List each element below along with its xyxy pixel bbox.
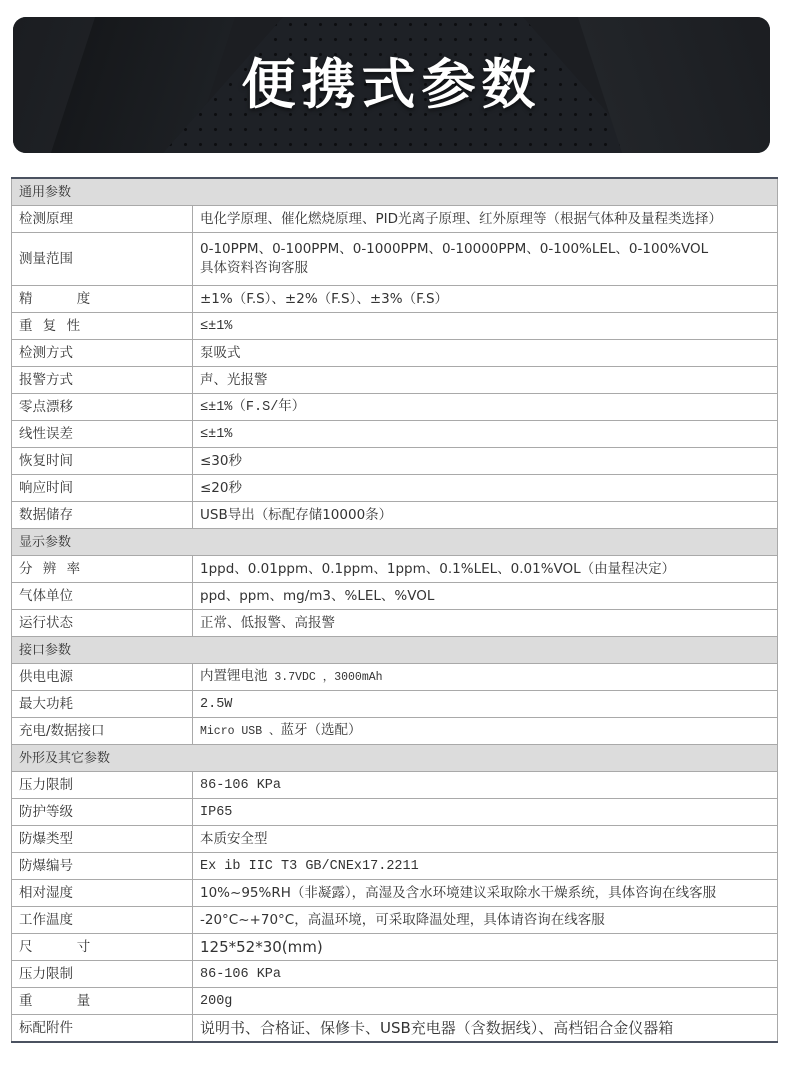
row-value-line: 0-10PPM、0-100PPM、0-1000PPM、0-10000PPM、0-…	[200, 240, 777, 259]
row-value: 10%~95%RH（非凝露），高湿及含水环境建议采取除水干燥系统，具体咨询在线客…	[193, 880, 778, 907]
row-label: 测量范围	[12, 233, 193, 286]
section-title: 外形及其它参数	[12, 745, 778, 772]
table-row: 工作温度 -20°C~+70°C，高温环境，可采取降温处理，具体请咨询在线客服	[12, 907, 778, 934]
table-row: 精 度 ±1%（F.S）、±2%（F.S）、±3%（F.S）	[12, 286, 778, 313]
row-value: ±1%（F.S）、±2%（F.S）、±3%（F.S）	[193, 286, 778, 313]
header-banner: 便携式参数	[13, 17, 770, 153]
table-row: 防护等级 IP65	[12, 799, 778, 826]
table-row: 尺 寸 125*52*30(mm)	[12, 934, 778, 961]
row-label: 重 复 性	[12, 313, 193, 340]
row-value: 泵吸式	[193, 340, 778, 367]
section-header: 通用参数	[12, 178, 778, 206]
table-row: 压力限制 86-106 KPa	[12, 772, 778, 799]
row-value: 正常、低报警、高报警	[193, 610, 778, 637]
row-label: 精 度	[12, 286, 193, 313]
table-row: 恢复时间 ≤30秒	[12, 448, 778, 475]
row-value: ≤±1%（F.S/年）	[193, 394, 778, 421]
section-header: 接口参数	[12, 637, 778, 664]
section-title: 接口参数	[12, 637, 778, 664]
row-label: 运行状态	[12, 610, 193, 637]
row-value: 本质安全型	[193, 826, 778, 853]
row-value: Micro USB 、蓝牙（选配）	[193, 718, 778, 745]
row-value-line: 具体资料咨询客服	[200, 259, 777, 278]
table-row: 重 复 性 ≤±1%	[12, 313, 778, 340]
section-title: 显示参数	[12, 529, 778, 556]
row-value: IP65	[193, 799, 778, 826]
row-value: 内置锂电池 3.7VDC ，3000mAh	[193, 664, 778, 691]
row-label: 标配附件	[12, 1015, 193, 1043]
table-row: 分 辨 率 1ppd、0.01ppm、0.1ppm、1ppm、0.1%LEL、0…	[12, 556, 778, 583]
row-value-text: 蓝牙（选配）	[281, 722, 362, 738]
row-label: 工作温度	[12, 907, 193, 934]
row-value: USB导出（标配存储10000条）	[193, 502, 778, 529]
row-value: -20°C~+70°C，高温环境，可采取降温处理，具体请咨询在线客服	[193, 907, 778, 934]
row-label: 尺 寸	[12, 934, 193, 961]
row-label: 防爆类型	[12, 826, 193, 853]
row-value: Ex ib IIC T3 GB/CNEx17.2211	[193, 853, 778, 880]
row-value: 200g	[193, 988, 778, 1015]
row-value-mono: Micro USB 、	[200, 725, 281, 738]
row-value: 电化学原理、催化燃烧原理、PID光离子原理、红外原理等（根据气体种及量程类选择）	[193, 206, 778, 233]
row-value: 86-106 KPa	[193, 961, 778, 988]
row-label: 防爆编号	[12, 853, 193, 880]
row-label: 响应时间	[12, 475, 193, 502]
row-label: 压力限制	[12, 772, 193, 799]
table-row: 标配附件 说明书、合格证、保修卡、USB充电器（含数据线）、高档铝合金仪器箱	[12, 1015, 778, 1043]
row-value: 0-10PPM、0-100PPM、0-1000PPM、0-10000PPM、0-…	[193, 233, 778, 286]
row-value: 86-106 KPa	[193, 772, 778, 799]
row-label: 重 量	[12, 988, 193, 1015]
row-label: 相对湿度	[12, 880, 193, 907]
row-label: 恢复时间	[12, 448, 193, 475]
row-value-text: 内置锂电池	[200, 668, 268, 684]
row-value: 说明书、合格证、保修卡、USB充电器（含数据线）、高档铝合金仪器箱	[193, 1015, 778, 1043]
row-value: 2.5W	[193, 691, 778, 718]
section-header: 显示参数	[12, 529, 778, 556]
table-row: 报警方式 声、光报警	[12, 367, 778, 394]
row-label: 充电/数据接口	[12, 718, 193, 745]
table-row: 防爆编号 Ex ib IIC T3 GB/CNEx17.2211	[12, 853, 778, 880]
row-label: 报警方式	[12, 367, 193, 394]
row-label: 最大功耗	[12, 691, 193, 718]
table-row: 充电/数据接口 Micro USB 、蓝牙（选配）	[12, 718, 778, 745]
row-label: 线性误差	[12, 421, 193, 448]
table-row: 检测方式 泵吸式	[12, 340, 778, 367]
row-value: 1ppd、0.01ppm、0.1ppm、1ppm、0.1%LEL、0.01%VO…	[193, 556, 778, 583]
row-value: ppd、ppm、mg/m3、%LEL、%VOL	[193, 583, 778, 610]
page-title: 便携式参数	[13, 53, 770, 117]
row-label: 数据储存	[12, 502, 193, 529]
section-title: 通用参数	[12, 178, 778, 206]
row-label: 供电电源	[12, 664, 193, 691]
row-label: 检测原理	[12, 206, 193, 233]
row-value: ≤30秒	[193, 448, 778, 475]
table-row: 响应时间 ≤20秒	[12, 475, 778, 502]
table-row: 防爆类型 本质安全型	[12, 826, 778, 853]
row-label: 检测方式	[12, 340, 193, 367]
table-row: 压力限制 86-106 KPa	[12, 961, 778, 988]
section-header: 外形及其它参数	[12, 745, 778, 772]
row-label: 气体单位	[12, 583, 193, 610]
row-value: ≤20秒	[193, 475, 778, 502]
spec-table: 通用参数 检测原理 电化学原理、催化燃烧原理、PID光离子原理、红外原理等（根据…	[11, 177, 778, 1043]
table-row: 零点漂移 ≤±1%（F.S/年）	[12, 394, 778, 421]
row-label: 零点漂移	[12, 394, 193, 421]
table-row: 重 量 200g	[12, 988, 778, 1015]
row-value: ≤±1%	[193, 313, 778, 340]
row-label: 防护等级	[12, 799, 193, 826]
table-row: 气体单位 ppd、ppm、mg/m3、%LEL、%VOL	[12, 583, 778, 610]
row-label: 分 辨 率	[12, 556, 193, 583]
table-row: 供电电源 内置锂电池 3.7VDC ，3000mAh	[12, 664, 778, 691]
row-label: 压力限制	[12, 961, 193, 988]
table-row: 数据储存 USB导出（标配存储10000条）	[12, 502, 778, 529]
table-row: 检测原理 电化学原理、催化燃烧原理、PID光离子原理、红外原理等（根据气体种及量…	[12, 206, 778, 233]
row-value-mono: 3.7VDC ，3000mAh	[268, 671, 383, 684]
row-value: 声、光报警	[193, 367, 778, 394]
table-row: 线性误差 ≤±1%	[12, 421, 778, 448]
table-row: 运行状态 正常、低报警、高报警	[12, 610, 778, 637]
table-row: 测量范围 0-10PPM、0-100PPM、0-1000PPM、0-10000P…	[12, 233, 778, 286]
row-value: ≤±1%	[193, 421, 778, 448]
table-row: 相对湿度 10%~95%RH（非凝露），高湿及含水环境建议采取除水干燥系统，具体…	[12, 880, 778, 907]
row-value: 125*52*30(mm)	[193, 934, 778, 961]
table-row: 最大功耗 2.5W	[12, 691, 778, 718]
